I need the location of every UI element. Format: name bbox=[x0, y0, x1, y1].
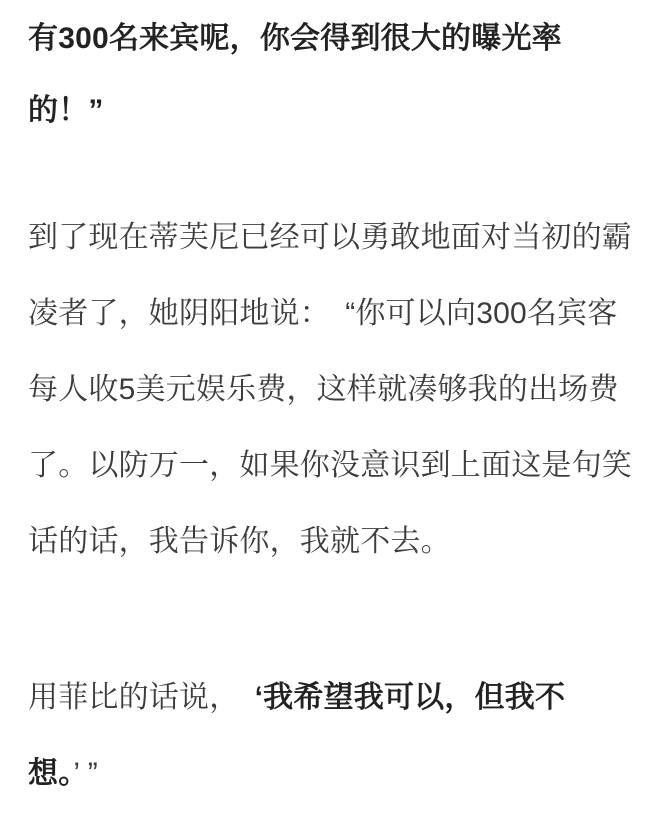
closing-line-1-bold-segment: ‘我希望我可以，但我不 bbox=[255, 681, 566, 714]
quote-heading-paragraph: 有300名来宾呢，你会得到很大的曝光率 的！” bbox=[28, 3, 617, 147]
document-page: 有300名来宾呢，你会得到很大的曝光率 的！” 到了现在蒂芙尼已经可以勇敢地面对… bbox=[0, 0, 645, 820]
heading-line-2: 的！” bbox=[28, 75, 617, 147]
heading-line-1: 有300名来宾呢，你会得到很大的曝光率 bbox=[28, 3, 617, 75]
closing-line-2-regular-segment: ’ ” bbox=[73, 757, 97, 790]
body-line-3: 每人收5美元娱乐费，这样就凑够我的出场费 bbox=[28, 352, 617, 428]
closing-line-2: 想。’ ” bbox=[28, 736, 617, 812]
body-line-1: 到了现在蒂芙尼已经可以勇敢地面对当初的霸 bbox=[28, 200, 617, 276]
closing-line-2-bold-segment: 想。 bbox=[28, 757, 73, 790]
body-line-5: 话的话，我告诉你，我就不去。 bbox=[28, 504, 617, 580]
closing-line-1: 用菲比的话说， ‘我希望我可以，但我不 bbox=[28, 660, 617, 736]
body-line-4: 了。以防万一，如果你没意识到上面这是句笑 bbox=[28, 428, 617, 504]
body-line-2: 凌者了，她阴阳地说： “你可以向300名宾客 bbox=[28, 276, 617, 352]
closing-line-1-regular-segment: 用菲比的话说， bbox=[28, 681, 255, 714]
closing-paragraph: 用菲比的话说， ‘我希望我可以，但我不 想。’ ” bbox=[28, 660, 617, 812]
narrative-paragraph: 到了现在蒂芙尼已经可以勇敢地面对当初的霸 凌者了，她阴阳地说： “你可以向300… bbox=[28, 200, 617, 580]
